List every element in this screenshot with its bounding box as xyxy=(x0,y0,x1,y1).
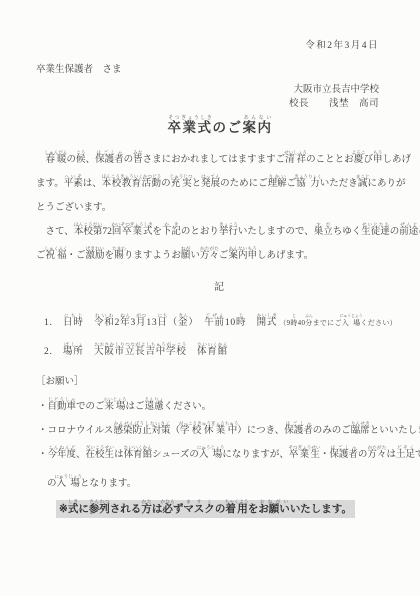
request-bullet-covid: ・コロナウイルス感染防止対策かんせんぼうしたいさく（学校休業中がっこうきゅうぎょ… xyxy=(38,418,404,437)
document-title: 卒業式そつぎょうしきのご案内あんない xyxy=(36,112,404,135)
date-line: 令和2年3月4日 xyxy=(36,40,404,52)
request-section-header: ［お願い］ xyxy=(36,376,404,388)
request-bullet-no-cars: ・自動車じどうしゃでのご来場らいじょうはご遠慮えんりょください。 xyxy=(38,394,404,413)
item-datetime-note: （9時じ40分ふんまでにご入場にゅうじょうください） xyxy=(277,319,397,327)
greeting-paragraph-line-2: ます。平素へいそは、本校教育活動ほんこうきょういくかつどうの充実じゅうじつと発展… xyxy=(36,171,404,190)
ki-marker: 記 xyxy=(36,282,404,294)
item-place: 2. 場所ばしょ 大阪市立長吉中学校おおさかしりつながよしちゅうがっこう 体育館… xyxy=(44,339,404,358)
greeting-paragraph-line-3: とうございます。 xyxy=(36,195,404,214)
item-datetime: 1. 日時にちじ 令和れいわ2年ねん3月がつ13日にち（金きん） 午前ごぜん10… xyxy=(44,310,404,329)
request-bullet-shoes-line-1: ・今年度こんねんど、在校生ざいこうせいは体育館たいいくかんシューズの入場にゅうじ… xyxy=(38,442,404,461)
item-datetime-main: 1. 日時にちじ 令和れいわ2年ねん3月がつ13日にち（金きん） 午前ごぜん10… xyxy=(44,318,277,328)
mask-required-notice: ※式しきに参列さんれつされる方かたは必かならずマスクますくの着用ちゃくようをお願… xyxy=(56,500,355,518)
principal-name-line: 校長 浅埜 高司 xyxy=(36,98,404,110)
graduation-notice-document: 令和2年3月4日 卒業生保護者 さま 大阪市立長吉中学校 校長 浅埜 高司 卒業… xyxy=(0,0,420,596)
request-bullet-shoes-line-2: の入場にゅうじょうとなります。 xyxy=(47,471,404,490)
school-name-line: 大阪市立長吉中学校 xyxy=(36,84,404,96)
addressee-line: 卒業生保護者 さま xyxy=(36,64,404,76)
body-paragraph-line-1: さて、本校第ほんこうだい72回卒業式かいそつぎょうしきを下記かきのとおり挙行きょ… xyxy=(36,219,404,238)
body-paragraph-line-2: ご祝福しゅくふく・ご激励げきれいを賜たまわりますようお願ねがい方々かたがたご案内… xyxy=(36,243,404,262)
greeting-paragraph-line-1: 春暖しゅんだんの候こう、保護者ほごしゃの皆みなさまにおかれましてはますますご清祥… xyxy=(36,147,404,166)
